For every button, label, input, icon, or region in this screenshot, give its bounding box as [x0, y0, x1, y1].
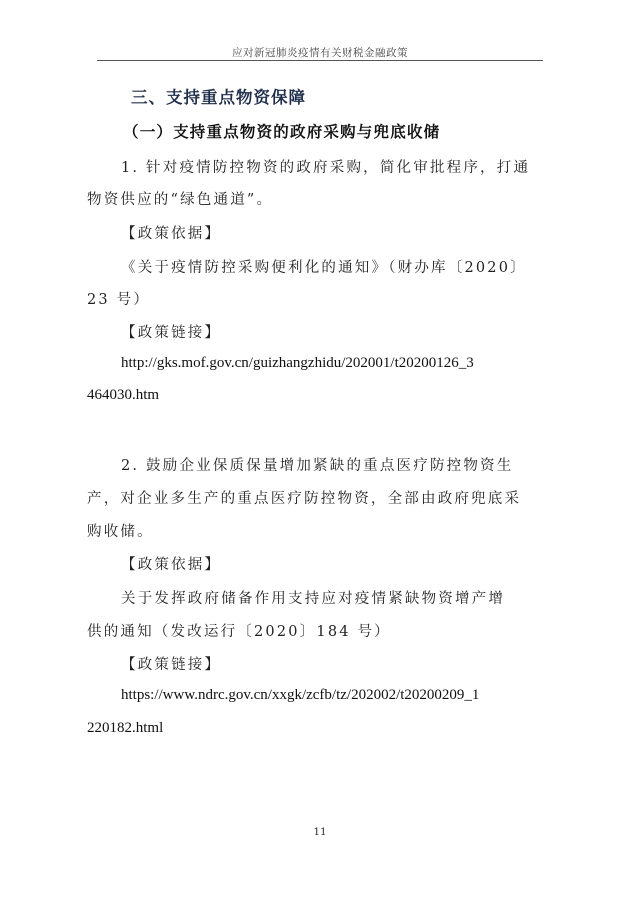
item-1-text-line-2: 物资供应的“绿色通道”。 — [87, 188, 273, 209]
item-1-basis-line-1: 《关于疫情防控采购便利化的通知》（财办库〔2020〕 — [121, 256, 527, 277]
item-2-link-label: 【政策链接】 — [121, 653, 221, 674]
item-2-text-line-1: 2. 鼓励企业保质保量增加紧缺的重点医疗防控物资生 — [121, 454, 513, 475]
item-1-link-label: 【政策链接】 — [121, 321, 221, 342]
section-heading: 三、支持重点物资保障 — [131, 84, 306, 108]
subsection-heading: （一）支持重点物资的政府采购与兜底收储 — [123, 120, 440, 142]
item-2-basis-line-2: 供的通知（发改运行〔2020〕184 号） — [87, 620, 391, 641]
item-2-basis-line-1: 关于发挥政府储备作用支持应对疫情紧缺物资增产增 — [121, 587, 505, 608]
item-1-basis-label: 【政策依据】 — [121, 222, 221, 243]
item-1-basis-line-2: 23 号） — [87, 288, 150, 309]
item-2-policy-link-line-1[interactable]: https://www.ndrc.gov.cn/xxgk/zcfb/tz/202… — [121, 687, 479, 704]
item-2-basis-label: 【政策依据】 — [121, 553, 221, 574]
header-rule — [97, 60, 543, 61]
item-2-policy-link-line-2[interactable]: 220182.html — [87, 720, 163, 737]
running-header: 应对新冠肺炎疫情有关财税金融政策 — [0, 45, 640, 60]
item-1-policy-link-line-1[interactable]: http://gks.mof.gov.cn/guizhangzhidu/2020… — [121, 355, 474, 372]
item-2-text-line-2: 产，对企业多生产的重点医疗防控物资，全部由政府兜底采 — [87, 487, 521, 508]
item-2-text-line-3: 购收储。 — [87, 520, 154, 541]
item-1-text-line-1: 1. 针对疫情防控物资的政府采购，简化审批程序，打通 — [121, 156, 530, 177]
item-1-policy-link-line-2[interactable]: 464030.htm — [87, 387, 159, 404]
page-number: 11 — [0, 826, 640, 838]
